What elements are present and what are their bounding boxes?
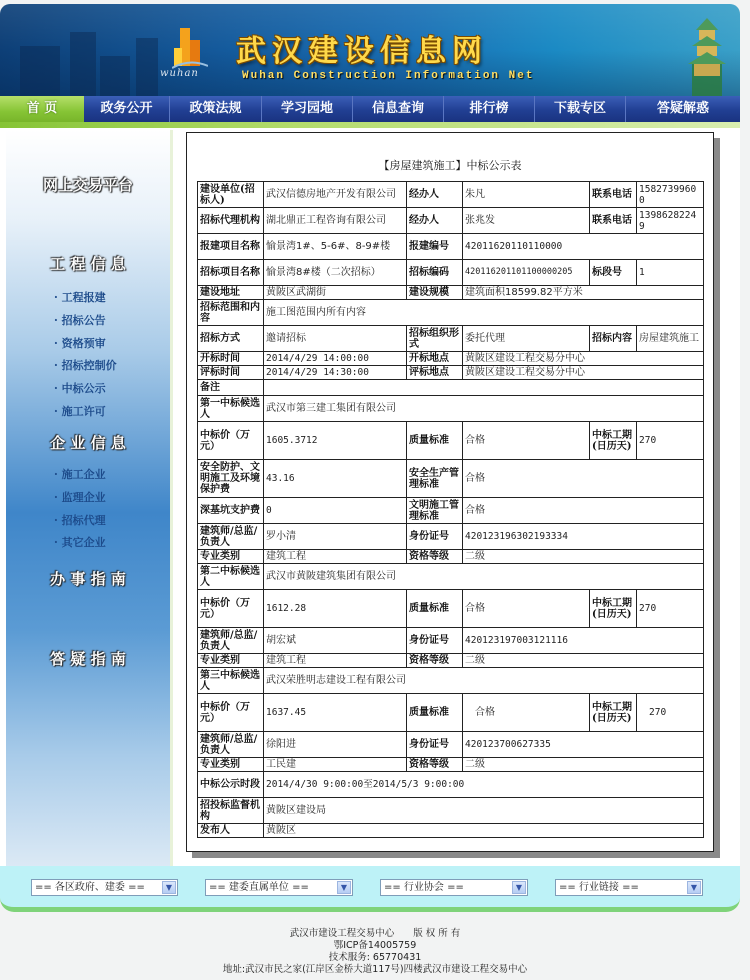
sidebar-link-tender-agents[interactable]: · 招标代理	[54, 512, 106, 528]
nav-home[interactable]: 首 页	[0, 96, 84, 122]
icp-number: 鄂ICP备14005759	[0, 940, 750, 952]
table-row: 第三中标候选人 武汉荣胜明志建设工程有限公司	[198, 668, 704, 694]
nav-faq[interactable]: 答疑解惑	[626, 96, 740, 122]
page: wuhan 武汉建设信息网 Wuhan Construction Informa…	[0, 0, 750, 980]
sidebar-faq-guide[interactable]: 答 疑 指 南	[6, 648, 170, 669]
commission-units-select[interactable]: == 建委直属单位 == ▼	[205, 879, 353, 896]
sidebar-project-info-heading[interactable]: 工 程 信 息	[6, 253, 170, 274]
award-notice-document: 【房屋建筑施工】中标公示表 建设单位(招标人) 武汉信德房地产开发有限公司 经办…	[186, 132, 714, 852]
table-row: 中标价（万元） 1605.3712 质量标准 合格 中标工期(日历天) 270	[198, 422, 704, 460]
sidebar-link-construction-firms[interactable]: · 施工企业	[54, 466, 106, 482]
table-row: 招标范围和内容 施工图范围内所有内容	[198, 300, 704, 326]
sidebar-link-award-notice[interactable]: · 中标公示	[54, 380, 106, 396]
main-nav: 首 页 政务公开 政策法规 学习园地 信息查询 排行榜 下载专区 答疑解惑	[0, 96, 740, 122]
sidebar-link-construction-permit[interactable]: · 施工许可	[54, 403, 106, 419]
site-subtitle: Wuhan Construction Information Net	[242, 70, 534, 82]
sidebar-link-project-registration[interactable]: · 工程报建	[54, 289, 106, 305]
table-row: 建筑师/总监/负责人 罗小清 身份证号 420123196302193334	[198, 524, 704, 550]
chevron-down-icon[interactable]: ▼	[162, 881, 176, 894]
chevron-down-icon[interactable]: ▼	[512, 881, 526, 894]
table-row: 建设地址 黄陂区武湖街 建设规模 建筑面积18599.82平方米	[198, 286, 704, 300]
nav-downloads[interactable]: 下载专区	[535, 96, 626, 122]
table-row: 专业类别 建筑工程 资格等级 二级	[198, 550, 704, 564]
industry-associations-select[interactable]: == 行业协会 == ▼	[380, 879, 528, 896]
table-row: 招标项目名称 愉景湾8#楼（二次招标） 招标编码 420116201101100…	[198, 260, 704, 286]
nav-learning[interactable]: 学习园地	[262, 96, 353, 122]
sidebar-link-other-firms[interactable]: · 其它企业	[54, 534, 106, 550]
sidebar-enterprise-info-heading[interactable]: 企 业 信 息	[6, 432, 170, 453]
table-row: 专业类别 工民建 资格等级 二级	[198, 758, 704, 772]
table-row: 第一中标候选人 武汉市第三建工集团有限公司	[198, 396, 704, 422]
chevron-down-icon[interactable]: ▼	[337, 881, 351, 894]
sidebar-online-trading[interactable]: 网上交易平台	[6, 174, 170, 195]
footer: 武汉市建设工程交易中心 版 权 所 有 鄂ICP备14005759 技术服务: …	[0, 928, 750, 976]
yellow-crane-tower-icon	[682, 14, 732, 96]
table-row: 中标价（万元） 1637.45 质量标准 合格 中标工期(日历天) 270	[198, 694, 704, 732]
site-title: 武汉建设信息网	[236, 26, 488, 70]
tech-support: 技术服务: 65770431	[0, 952, 750, 964]
sidebar-link-supervision-firms[interactable]: · 监理企业	[54, 489, 106, 505]
nav-rankings[interactable]: 排行榜	[444, 96, 535, 122]
table-row: 招标方式 邀请招标 招标组织形式 委托代理 招标内容 房屋建筑施工	[198, 326, 704, 352]
district-government-select[interactable]: == 各区政府、建委 == ▼	[31, 879, 178, 896]
table-row: 备注	[198, 380, 704, 396]
logo-script: wuhan	[160, 68, 199, 79]
table-row: 第二中标候选人 武汉市黄陂建筑集团有限公司	[198, 564, 704, 590]
industry-links-select[interactable]: == 行业链接 == ▼	[555, 879, 703, 896]
document-title: 【房屋建筑施工】中标公示表	[187, 157, 713, 173]
table-row: 建筑师/总监/负责人 徐阳进 身份证号 420123700627335	[198, 732, 704, 758]
logo-building-icon	[172, 24, 208, 70]
award-notice-table: 建设单位(招标人) 武汉信德房地产开发有限公司 经办人 朱凡 联系电话 1582…	[197, 181, 704, 838]
address: 地址:武汉市民之家(江岸区金桥大道117号)四楼武汉市建设工程交易中心	[0, 964, 750, 976]
table-row: 招标代理机构 湖北鼎正工程咨询有限公司 经办人 张兆发 联系电话 1398628…	[198, 208, 704, 234]
nav-info-query[interactable]: 信息查询	[353, 96, 444, 122]
table-row: 建筑师/总监/负责人 胡宏斌 身份证号 420123197003121116	[198, 628, 704, 654]
sidebar-service-guide[interactable]: 办 事 指 南	[6, 568, 170, 589]
table-row: 发布人 黄陂区	[198, 824, 704, 838]
chevron-down-icon[interactable]: ▼	[687, 881, 701, 894]
sidebar-link-tender-notice[interactable]: · 招标公告	[54, 312, 106, 328]
skyline-decoration	[20, 46, 60, 96]
table-row: 评标时间 2014/4/29 14:30:00 评标地点 黄陂区建设工程交易分中…	[198, 366, 704, 380]
sidebar-link-prequalification[interactable]: · 资格预审	[54, 335, 106, 351]
table-row: 中标公示时段 2014/4/30 9:00:00至2014/5/3 9:00:0…	[198, 772, 704, 798]
table-row: 报建项目名称 愉景湾1#、5-6#、8-9#楼 报建编号 42011620110…	[198, 234, 704, 260]
table-row: 安全防护、文明施工及环境保护费 43.16 安全生产管理标准 合格	[198, 460, 704, 498]
table-row: 中标价（万元） 1612.28 质量标准 合格 中标工期(日历天) 270	[198, 590, 704, 628]
table-row: 专业类别 建筑工程 资格等级 二级	[198, 654, 704, 668]
sidebar-link-control-price[interactable]: · 招标控制价	[54, 357, 117, 373]
table-row: 深基坑支护费 0 文明施工管理标准 合格	[198, 498, 704, 524]
table-row: 开标时间 2014/4/29 14:00:00 开标地点 黄陂区建设工程交易分中…	[198, 352, 704, 366]
table-row: 招投标监督机构 黄陂区建设局	[198, 798, 704, 824]
table-row: 建设单位(招标人) 武汉信德房地产开发有限公司 经办人 朱凡 联系电话 1582…	[198, 182, 704, 208]
nav-policies[interactable]: 政策法规	[170, 96, 262, 122]
nav-government-affairs[interactable]: 政务公开	[84, 96, 170, 122]
header-banner: wuhan 武汉建设信息网 Wuhan Construction Informa…	[0, 4, 740, 96]
copyright: 武汉市建设工程交易中心 版 权 所 有	[0, 928, 750, 940]
